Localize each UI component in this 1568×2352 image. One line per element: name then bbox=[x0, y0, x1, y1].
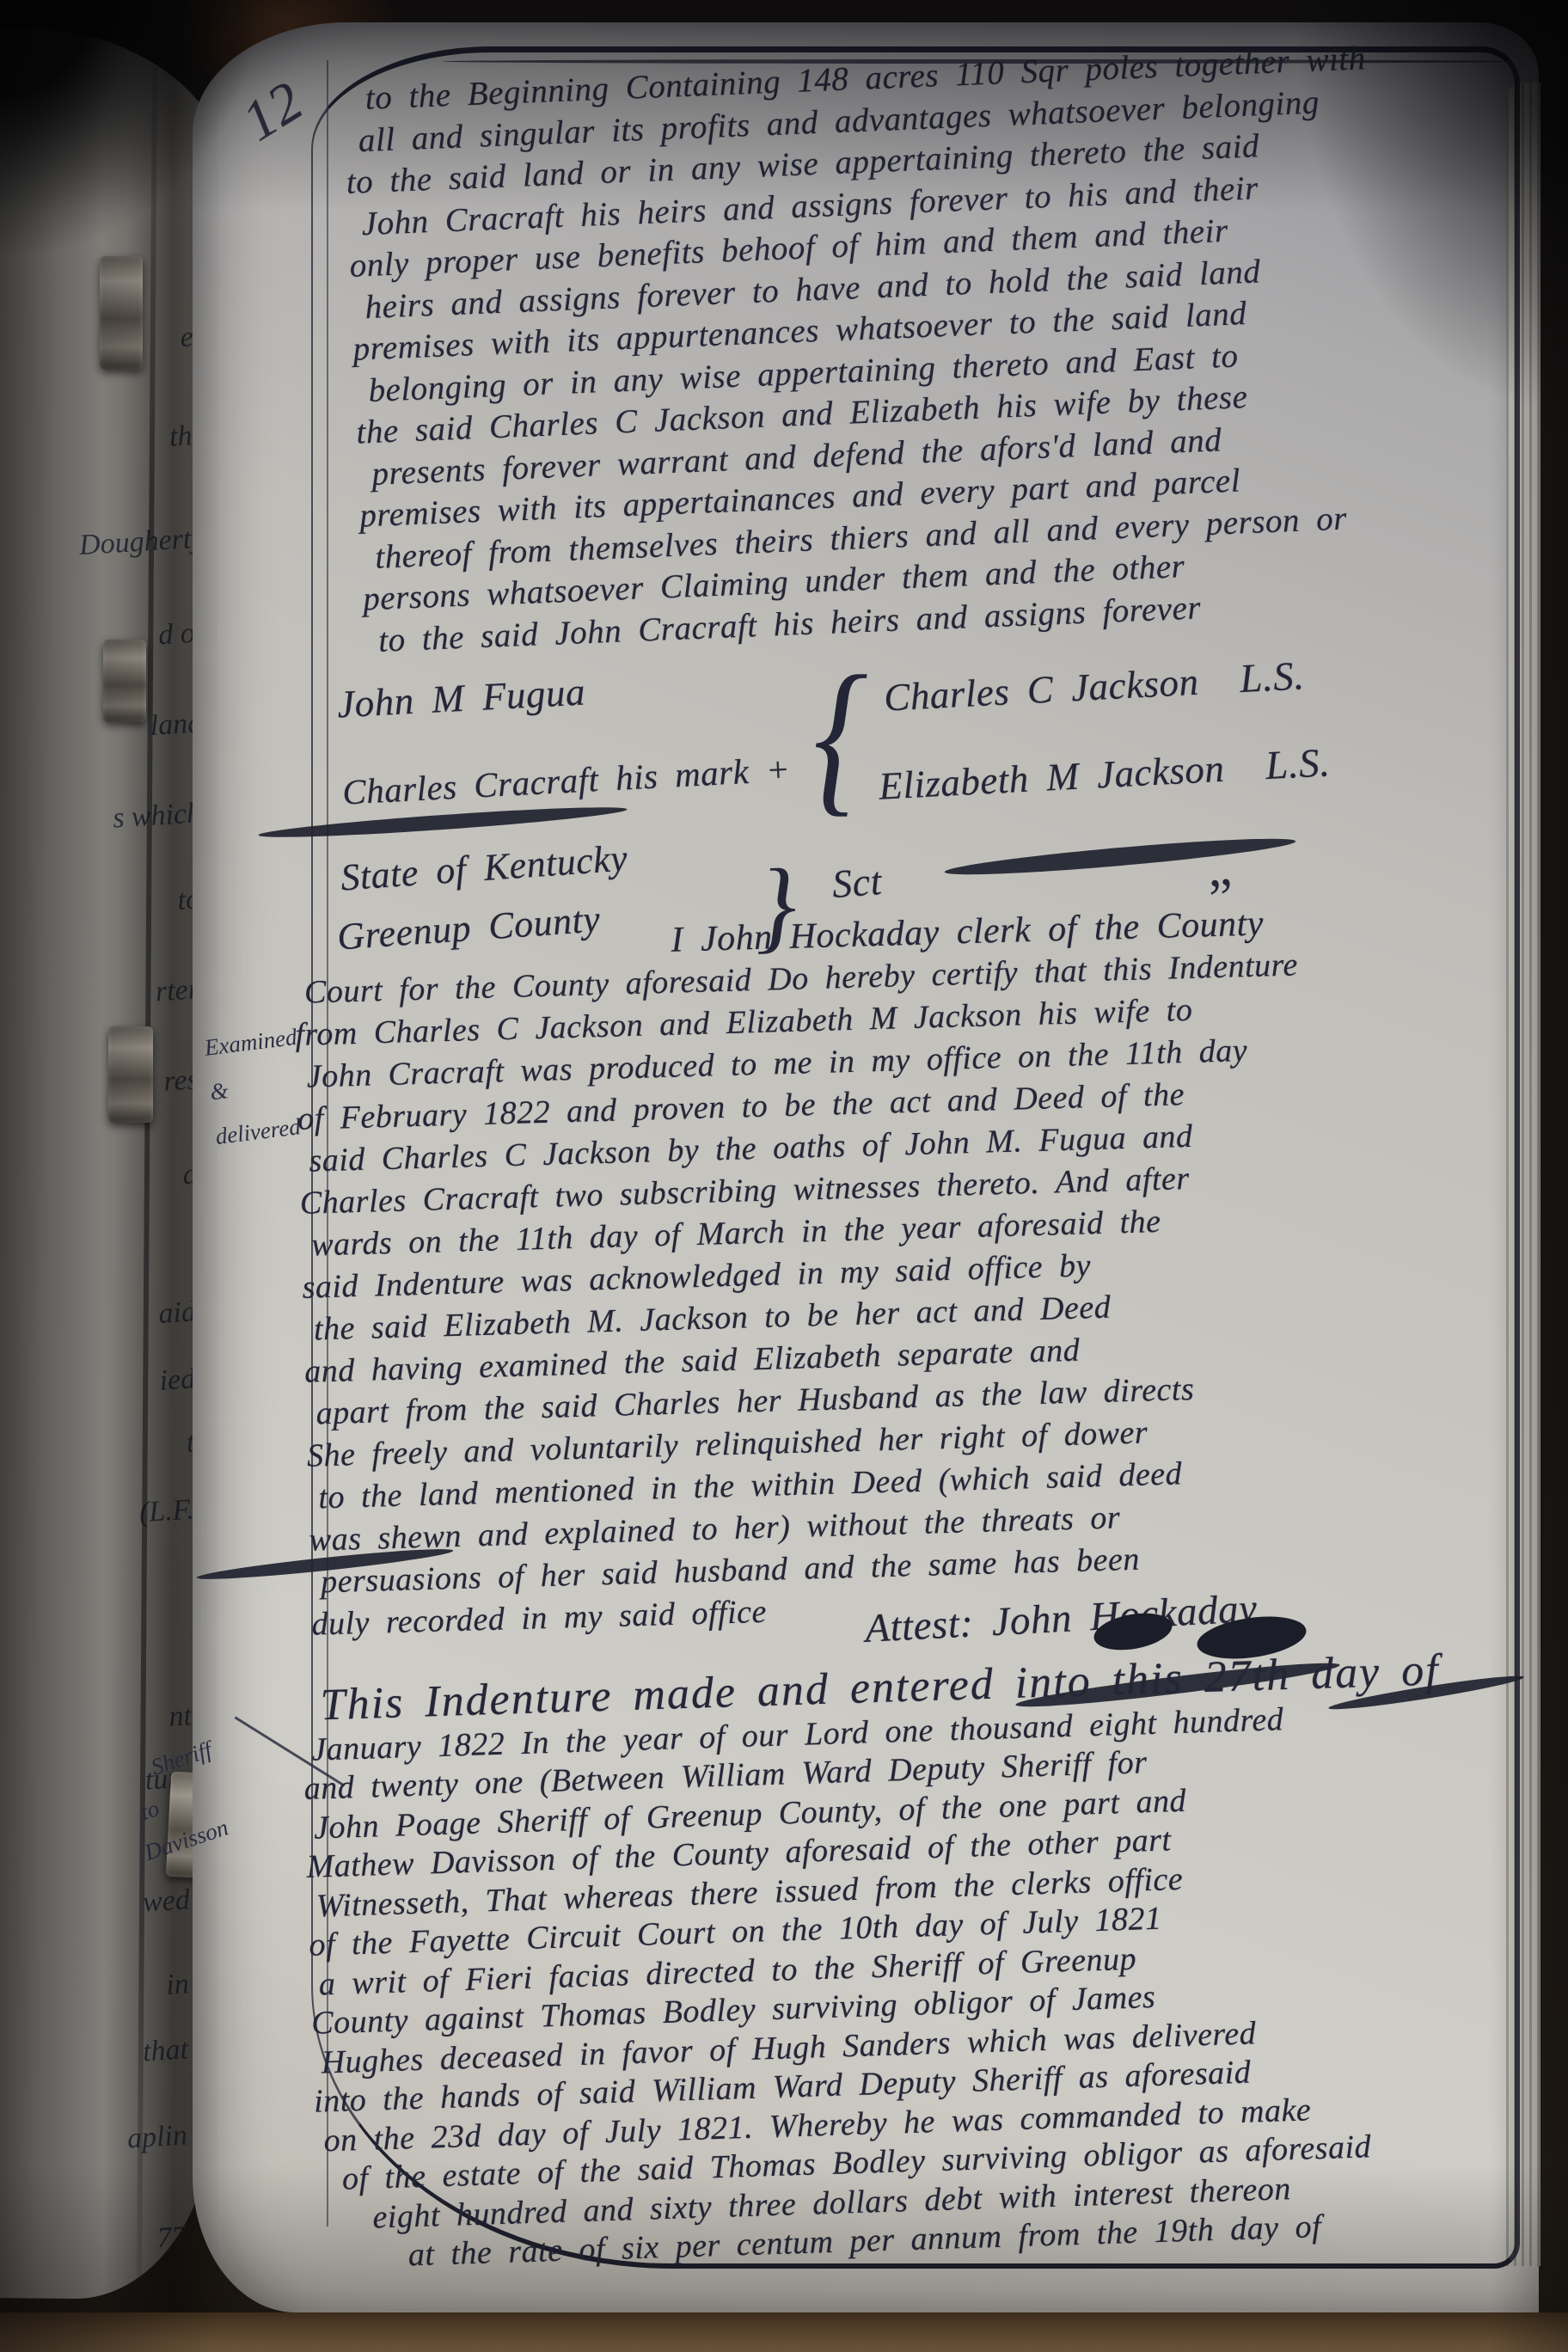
binding-clasp bbox=[108, 1026, 153, 1123]
deed-conclusion-paragraph: to the Beginning Containing 148 acres 11… bbox=[342, 33, 1516, 662]
clerk-certificate-paragraph: I John Hockaday clerk of the CountyCourt… bbox=[292, 897, 1516, 1646]
seal-mark: L.S. bbox=[1239, 653, 1306, 701]
desk-surface bbox=[0, 2312, 1568, 2352]
signature-brace: { bbox=[813, 638, 868, 835]
second-indenture-paragraph: This Indenture made and entered into thi… bbox=[301, 1649, 1522, 2278]
binding-clasp bbox=[100, 256, 143, 370]
venue-scilicet: Sct bbox=[830, 858, 883, 907]
binding-clasp bbox=[103, 640, 146, 722]
deed-book-photograph: feetheDoughertyd oflanas whichtorterresd… bbox=[0, 0, 1568, 2352]
seal-mark: L.S. bbox=[1265, 740, 1332, 788]
margin-note-examined: Examined&delivered bbox=[202, 1014, 310, 1159]
